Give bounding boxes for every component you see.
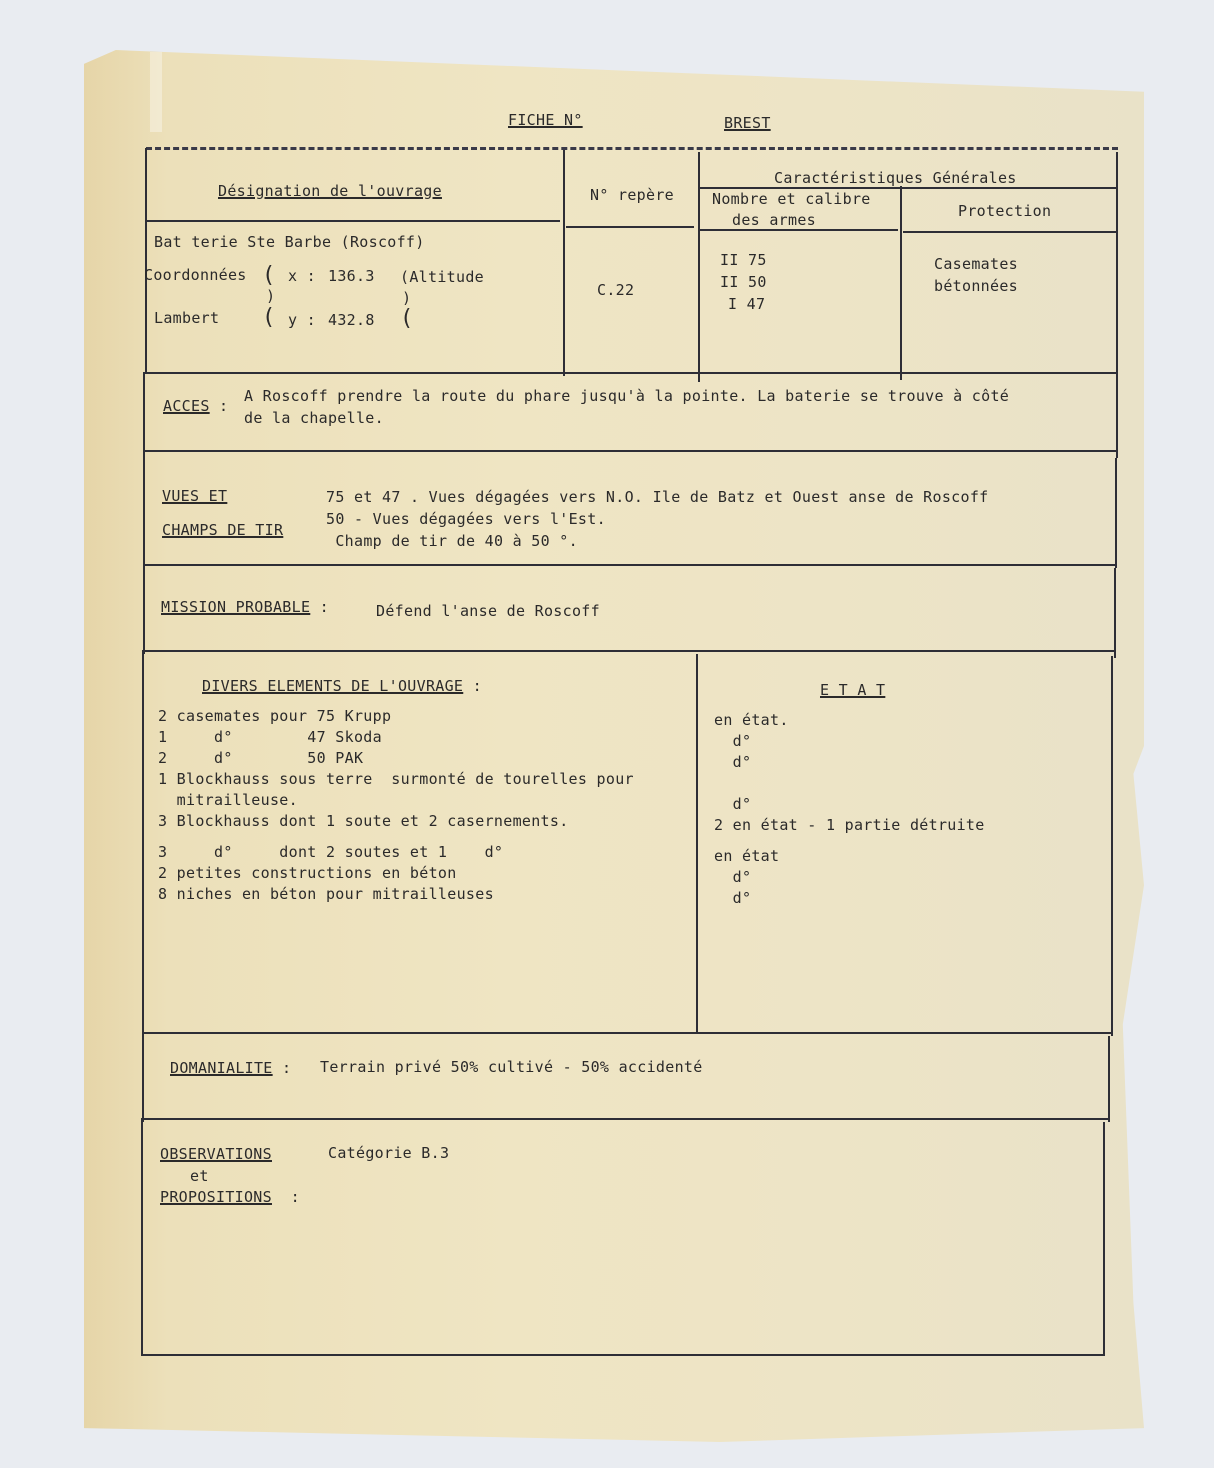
protection-header: Protection bbox=[958, 201, 1051, 222]
element-item: 8 niches en béton pour mitrailleuses bbox=[158, 884, 634, 905]
header-bottom-4 bbox=[903, 231, 1116, 233]
lambert-label: Lambert bbox=[154, 308, 219, 329]
elements-list: 2 casemates pour 75 Krupp1 d° 47 Skoda2 … bbox=[158, 706, 634, 905]
paper-fold bbox=[150, 52, 162, 132]
acces-label: ACCES bbox=[163, 397, 210, 415]
vues-line2: 50 - Vues dégagées vers l'Est. bbox=[326, 509, 606, 530]
y-label: y : bbox=[288, 310, 316, 331]
protection-line2: bétonnées bbox=[934, 276, 1018, 297]
location-label: BREST bbox=[724, 113, 771, 134]
caracteristiques-header: Caractéristiques Générales bbox=[774, 168, 1017, 189]
left-border-1 bbox=[145, 148, 147, 374]
designation-header: Désignation de l'ouvrage bbox=[218, 181, 442, 202]
etat-item: en état bbox=[714, 846, 985, 867]
observations-top-border bbox=[142, 1118, 1108, 1120]
acces-left-border bbox=[143, 372, 145, 450]
acces-line2: de la chapelle. bbox=[244, 408, 384, 429]
vues-label-line1: VUES ET bbox=[162, 486, 227, 507]
domanialite-top-border bbox=[142, 1032, 1112, 1034]
acces-top-border bbox=[143, 372, 1118, 374]
y-value: 432.8 bbox=[328, 310, 375, 331]
protection-line1: Casemates bbox=[934, 254, 1018, 275]
etat-item: d° bbox=[714, 752, 985, 773]
domanialite-right-border bbox=[1108, 1036, 1110, 1122]
fiche-label: FICHE N° bbox=[508, 110, 583, 131]
etat-item: en état. bbox=[714, 710, 985, 731]
repere-value: C.22 bbox=[597, 280, 634, 301]
element-item: 2 casemates pour 75 Krupp bbox=[158, 706, 634, 727]
elements-label: DIVERS ELEMENTS DE L'OUVRAGE bbox=[202, 677, 463, 695]
x-value: 136.3 bbox=[328, 266, 375, 287]
observations-bottom-border bbox=[141, 1354, 1105, 1356]
observations-right-border bbox=[1103, 1122, 1105, 1354]
vues-label-line2: CHAMPS DE TIR bbox=[162, 520, 283, 541]
etat-item: d° bbox=[714, 867, 985, 888]
domanialite-left-border bbox=[142, 1032, 144, 1122]
altitude-label: (Altitude bbox=[400, 267, 484, 288]
elements-top-border bbox=[143, 650, 1114, 652]
domanialite-value: Terrain privé 50% cultivé - 50% accident… bbox=[320, 1057, 703, 1078]
ouvrage-name: Bat terie Ste Barbe (Roscoff) bbox=[154, 232, 425, 253]
element-item: 3 d° dont 2 soutes et 1 d° bbox=[158, 842, 634, 863]
etat-item bbox=[714, 773, 985, 794]
acces-right-border bbox=[1116, 380, 1118, 458]
etat-item: d° bbox=[714, 794, 985, 815]
vues-line1: 75 et 47 . Vues dégagées vers N.O. Ile d… bbox=[326, 487, 988, 508]
elements-left-border bbox=[142, 650, 144, 1032]
observations-label-line2: et bbox=[190, 1166, 209, 1187]
col-divider-repere bbox=[563, 150, 565, 376]
element-item: 2 d° 50 PAK bbox=[158, 748, 634, 769]
etat-label: E T A T bbox=[820, 680, 885, 701]
observations-left-border bbox=[141, 1118, 143, 1356]
etat-list: en état. d° d° d°2 en état - 1 partie dé… bbox=[714, 710, 985, 909]
col-divider-protection bbox=[900, 186, 902, 380]
right-border-1 bbox=[1116, 152, 1118, 382]
armes-header: des armes bbox=[732, 210, 816, 231]
x-label: x : bbox=[288, 266, 316, 287]
mission-label: MISSION PROBABLE bbox=[161, 598, 310, 616]
observations-label-line1: OBSERVATIONS bbox=[160, 1144, 272, 1165]
arme-2: II 50 bbox=[720, 272, 767, 293]
repere-header: N° repère bbox=[590, 185, 674, 206]
acces-line1: A Roscoff prendre la route du phare jusq… bbox=[244, 386, 1009, 407]
element-item: 2 petites constructions en béton bbox=[158, 863, 634, 884]
etat-item: 2 en état - 1 partie détruite bbox=[714, 815, 985, 836]
vues-right-border bbox=[1115, 458, 1117, 568]
nombre-calibre-header: Nombre et calibre bbox=[712, 189, 871, 210]
domanialite-label: DOMANIALITE bbox=[170, 1059, 273, 1077]
coord-label: Coordonnées bbox=[144, 265, 247, 286]
mission-top-border bbox=[143, 564, 1116, 566]
element-item: 3 Blockhauss dont 1 soute et 2 caserneme… bbox=[158, 811, 634, 832]
observations-label-line3: PROPOSITIONS bbox=[160, 1188, 272, 1206]
element-item: 1 Blockhauss sous terre surmonté de tour… bbox=[158, 769, 634, 790]
observations-value: Catégorie B.3 bbox=[328, 1143, 449, 1164]
elements-divider bbox=[696, 654, 698, 1034]
top-dashed-border bbox=[146, 147, 1118, 150]
element-item: 1 d° 47 Skoda bbox=[158, 727, 634, 748]
vues-top-border bbox=[143, 450, 1118, 452]
mission-left-border bbox=[143, 564, 145, 654]
vues-line3: Champ de tir de 40 à 50 °. bbox=[326, 531, 578, 552]
arme-1: II 75 bbox=[720, 250, 767, 271]
mission-right-border bbox=[1114, 568, 1116, 658]
arme-3: I 47 bbox=[728, 294, 765, 315]
elements-right-border bbox=[1111, 656, 1113, 1036]
mission-value: Défend l'anse de Roscoff bbox=[376, 601, 600, 622]
etat-item: d° bbox=[714, 888, 985, 909]
etat-item: d° bbox=[714, 731, 985, 752]
vues-left-border bbox=[143, 450, 145, 566]
element-item: mitrailleuse. bbox=[158, 790, 634, 811]
header-bottom-1 bbox=[145, 220, 560, 222]
header-bottom-2 bbox=[566, 226, 694, 228]
